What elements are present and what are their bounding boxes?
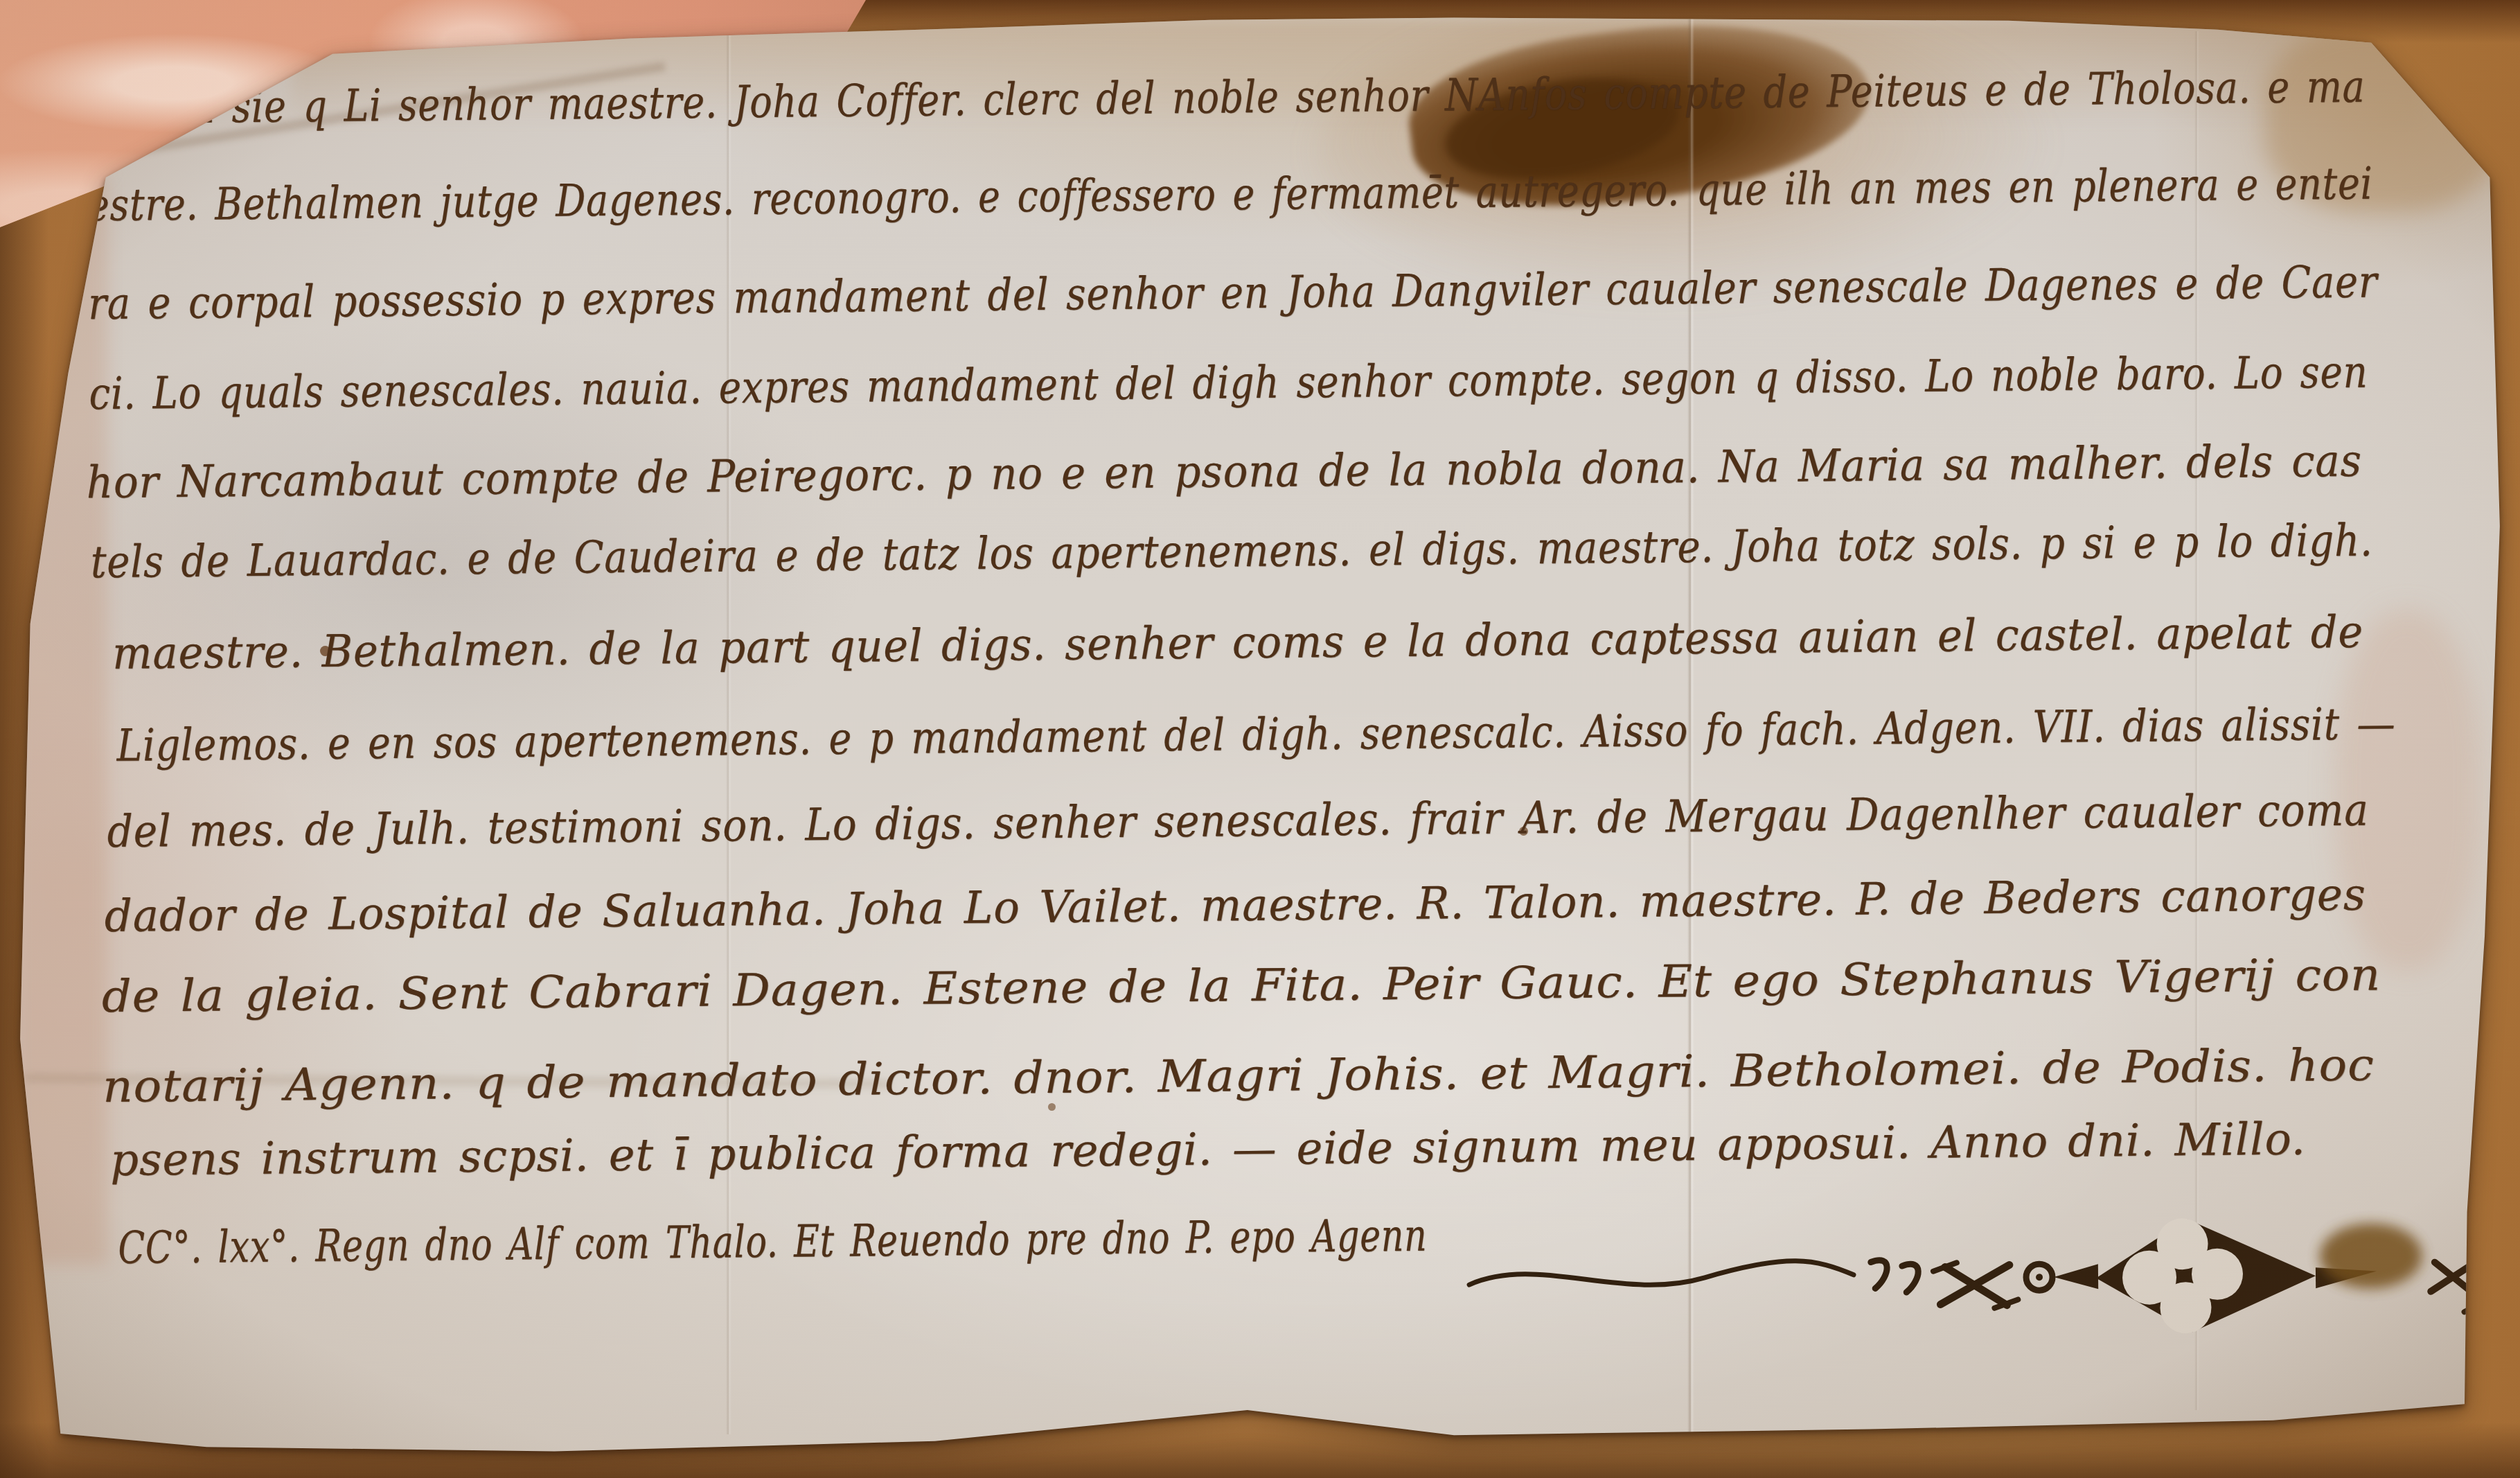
manuscript-line: ra e corpal possessio p expres mandament… <box>88 257 2520 326</box>
manuscript-line: hor Narcambaut compte de Peiregorc. p no… <box>87 437 2520 505</box>
manuscript-line: de la gleia. Sent Cabrari Dagen. Estene … <box>102 954 2291 1019</box>
parchment-sheet: Notū sie q Li senhor maestre. Joha Coffe… <box>0 0 2520 1478</box>
manuscript-line: estre. Bethalmen jutge Dagenes. reconogr… <box>87 157 2520 228</box>
ring-mark <box>2026 1264 2052 1290</box>
manuscript-line: maestre. Bethalmen. de la part quel digs… <box>112 609 2498 676</box>
manuscript-line: notarij Agenn. q de mandato dictor. dnor… <box>103 1044 2264 1109</box>
parchment-wrap: Notū sie q Li senhor maestre. Joha Coffe… <box>0 0 2520 1478</box>
manuscript-line: dador de Lospital de Saluanha. Joha Lo V… <box>105 872 2425 939</box>
cross-mark <box>2431 1252 2485 1312</box>
sign-stain <box>2319 1223 2422 1289</box>
manuscript-line: Notū sie q Li senhor maestre. Joha Coffe… <box>103 61 2520 131</box>
manuscript-line: tels de Lauardac. e de Caudeira e de tat… <box>91 516 2520 585</box>
zigzag-mark <box>1902 1264 1919 1292</box>
manuscript-line: ci. Lo quals senescales. nauia. expres m… <box>89 346 2520 416</box>
photo-of-medieval-charter: Notū sie q Li senhor maestre. Joha Coffe… <box>0 0 2520 1478</box>
wedge <box>2054 1264 2098 1290</box>
manuscript-text: Notū sie q Li senhor maestre. Joha Coffe… <box>0 0 2520 1478</box>
initial-capital: N <box>103 66 152 141</box>
lozenge-quatrefoil <box>2095 1217 2316 1334</box>
lozenge-quatrefoil-notarial-sign-icon <box>1455 1202 2495 1357</box>
manuscript-line: Liglemos. e en sos apertenemens. e p man… <box>116 698 2520 768</box>
zigzag-mark <box>1871 1260 1888 1289</box>
x-flourish-mark <box>1933 1262 2018 1308</box>
flourish-line <box>1469 1260 1854 1287</box>
manuscript-line: del mes. de Julh. testimoni son. Lo digs… <box>107 786 2520 854</box>
manuscript-line: psens instrum scpsi. et ī publica forma … <box>110 1117 2322 1183</box>
